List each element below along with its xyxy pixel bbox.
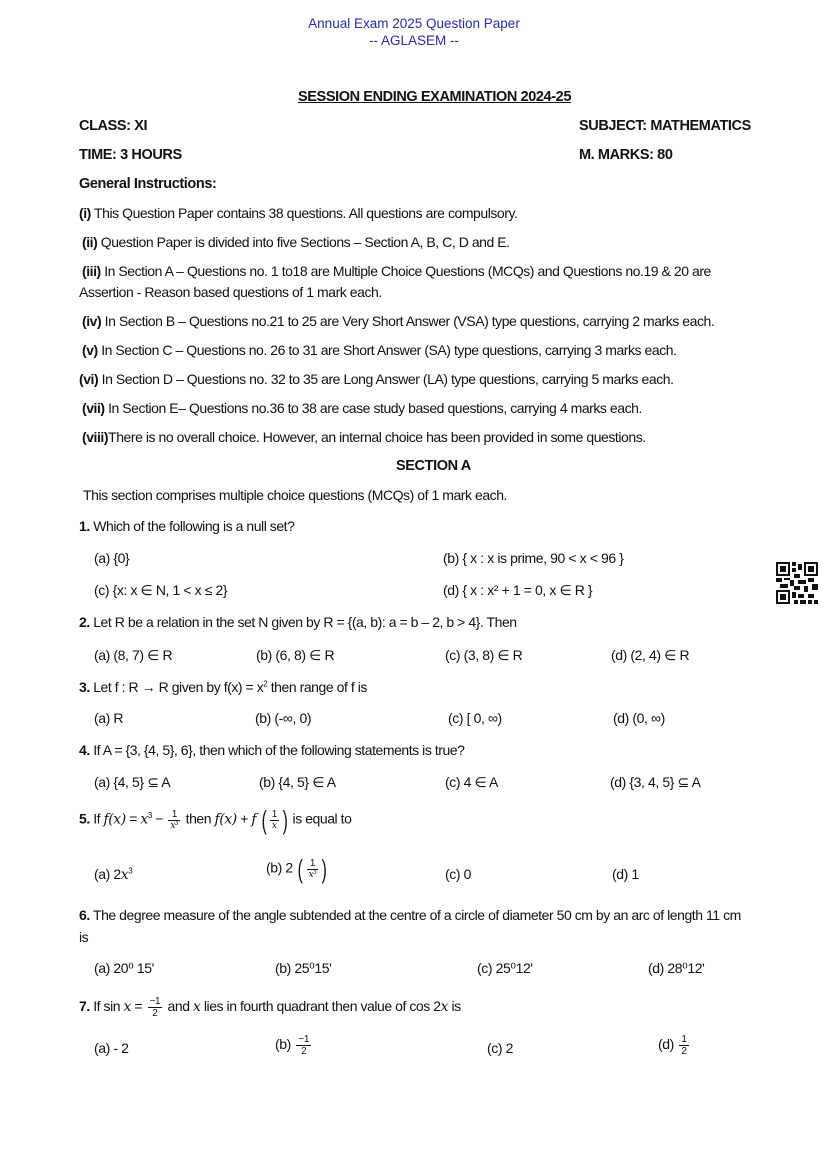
option-d: (d) 28⁰12' [648,960,704,977]
option-b: (b) { x : x is prime, 90 < x < 96 } [443,550,624,566]
question-5: 5. If f(x) = x3 − 1x³ then f(x) + f (1x)… [79,807,351,833]
option-b: (b) 2 (1x³) [266,856,329,882]
instruction-item: (vi) In Section D – Questions no. 32 to … [79,371,674,387]
question-text: is [448,998,461,1014]
section-heading: SECTION A [396,458,471,474]
option-d: (d) (0, ∞) [613,710,665,726]
question-number: 5. [79,811,90,827]
option-a: (a) {0} [94,550,129,566]
denominator: 2 [296,1046,311,1057]
denominator: x³ [307,870,319,881]
watermark-header-line2: -- AGLASEM -- [0,33,828,48]
instruction-item: (v) In Section C – Questions no. 26 to 3… [82,342,677,358]
instruction-text: In Section D – Questions no. 32 to 35 ar… [98,371,673,387]
qr-code-icon [776,562,818,604]
math-var: x [124,999,131,1015]
instructions-heading: General Instructions: [79,176,216,192]
time-label: TIME: 3 HOURS [79,147,182,163]
superscript: 3 [128,866,132,875]
option-label: (d) [658,1036,677,1052]
instruction-text-cont: Assertion - Reason based questions of 1 … [79,284,382,300]
instruction-text: There is no overall choice. However, an … [108,429,646,445]
question-number: 2. [79,614,90,630]
option-a: (a) (8, 7) ∈ R [94,647,172,664]
question-3: 3. Let f : R → R given by f(x) = x2 then… [79,679,367,695]
option-d: (d) {3, 4, 5} ⊆ A [610,774,701,791]
option-d: (d) 12 [658,1034,691,1057]
fraction: −12 [296,1034,311,1057]
fraction: 12 [679,1034,688,1057]
question-text-cont: is [79,929,88,945]
question-number: 1. [79,518,90,534]
option-d: (d) { x : x² + 1 = 0, x ∈ R } [443,582,592,599]
question-2: 2. Let R be a relation in the set N give… [79,614,517,630]
math-var: x [140,812,147,828]
instruction-num: (vii) [82,400,105,416]
instruction-text: In Section A – Questions no. 1 to18 are … [101,263,711,279]
question-text: Let f : R → R given by f(x) = x [90,679,264,695]
section-description: This section comprises multiple choice q… [83,487,507,503]
option-c: (c) 2 [487,1040,513,1056]
instruction-text: This Question Paper contains 38 question… [91,205,518,221]
option-c: (c) 0 [445,866,471,882]
instruction-item: (i) This Question Paper contains 38 ques… [79,205,517,221]
question-1: 1. Which of the following is a null set? [79,518,294,534]
class-label: CLASS: XI [79,118,147,134]
question-number: 6. [79,907,90,923]
denominator: x³ [168,821,180,832]
instruction-text: Question Paper is divided into five Sect… [97,234,509,250]
instruction-num: (iii) [82,263,101,279]
fraction: 1x³ [168,809,180,832]
question-text: Which of the following is a null set? [90,518,295,534]
instruction-item: (iii) In Section A – Questions no. 1 to1… [82,263,711,279]
right-paren: ) [283,807,288,833]
question-text: If sin [90,998,124,1014]
option-c: (c) [ 0, ∞) [448,710,502,726]
fraction: 1x³ [307,858,319,881]
question-text: If A = {3, {4, 5}, 6}, then which of the… [90,742,465,758]
option-a: (a) - 2 [94,1040,129,1056]
question-text: then range of f is [267,679,367,695]
question-text: then [182,811,214,827]
option-b: (b) (-∞, 0) [255,710,311,726]
numerator: 1 [679,1034,688,1046]
subject-label: SUBJECT: MATHEMATICS [579,118,751,134]
numerator: −1 [148,996,163,1008]
question-number: 4. [79,742,90,758]
marks-label: M. MARKS: 80 [579,147,673,163]
denominator: 2 [679,1046,688,1057]
option-a: (a) 2x3 [94,866,132,883]
instruction-num: (ii) [82,234,97,250]
option-b: (b) {4, 5} ∈ A [259,774,336,791]
exam-title: SESSION ENDING EXAMINATION 2024-25 [298,89,571,105]
left-paren: ( [298,856,303,882]
question-text: The degree measure of the angle subtende… [90,907,741,923]
math-var: x [441,999,448,1015]
numerator: 1 [270,809,279,821]
option-label: (a) 2 [94,866,121,882]
option-a: (a) R [94,710,123,726]
instruction-num: (v) [82,342,98,358]
numerator: −1 [296,1034,311,1046]
right-paren: ) [322,856,327,882]
question-number: 7. [79,998,90,1014]
question-text: Let R be a relation in the set N given b… [90,614,517,630]
option-c: (c) {x: x ∈ N, 1 < x ≤ 2} [94,582,227,599]
option-d: (d) 1 [612,866,639,882]
option-label: (b) [275,1036,294,1052]
math-op: = [126,811,141,827]
question-text: and [164,998,193,1014]
denominator: x [270,821,279,832]
instruction-item: (vii) In Section E– Questions no.36 to 3… [82,400,642,416]
option-a: (a) {4, 5} ⊆ A [94,774,170,791]
question-number: 3. [79,679,90,695]
option-d: (d) (2, 4) ∈ R [611,647,689,664]
instruction-num: (i) [79,205,91,221]
instruction-num: (viii) [82,429,108,445]
fraction: −12 [148,996,163,1019]
instruction-item: (iv) In Section B – Questions no.21 to 2… [82,313,714,329]
denominator: 2 [148,1008,163,1019]
instruction-text: In Section E– Questions no.36 to 38 are … [105,400,642,416]
option-label: (b) 2 [266,860,296,876]
numerator: 1 [168,809,180,821]
option-b: (b) (6, 8) ∈ R [256,647,334,664]
instruction-item: (ii) Question Paper is divided into five… [82,234,510,250]
instruction-num: (vi) [79,371,98,387]
question-text: If [90,811,104,827]
instruction-num: (iv) [82,313,101,329]
numerator: 1 [307,858,319,870]
fraction: 1x [270,809,279,832]
option-a: (a) 20⁰ 15' [94,960,154,977]
math-op: − [152,811,167,827]
math-fx: f(x) [104,812,126,828]
option-b: (b) 25⁰15' [275,960,331,977]
math-f: f [251,812,256,828]
instruction-item: (viii)There is no overall choice. Howeve… [82,429,646,445]
question-text: lies in fourth quadrant then value of co… [200,998,440,1014]
instruction-text: In Section B – Questions no.21 to 25 are… [101,313,714,329]
math-op: = [131,998,146,1014]
option-b: (b) −12 [275,1034,313,1057]
left-paren: ( [261,807,266,833]
math-op: + [237,811,252,827]
instruction-text: In Section C – Questions no. 26 to 31 ar… [98,342,677,358]
math-fx: f(x) [215,812,237,828]
question-6: 6. The degree measure of the angle subte… [79,907,741,923]
option-c: (c) 4 ∈ A [445,774,498,791]
question-4: 4. If A = {3, {4, 5}, 6}, then which of … [79,742,464,758]
option-c: (c) 25⁰12' [477,960,533,977]
watermark-header-line1: Annual Exam 2025 Question Paper [0,16,828,31]
option-c: (c) (3, 8) ∈ R [445,647,522,664]
question-7: 7. If sin x = −12 and x lies in fourth q… [79,996,461,1019]
question-text: is equal to [289,811,351,827]
